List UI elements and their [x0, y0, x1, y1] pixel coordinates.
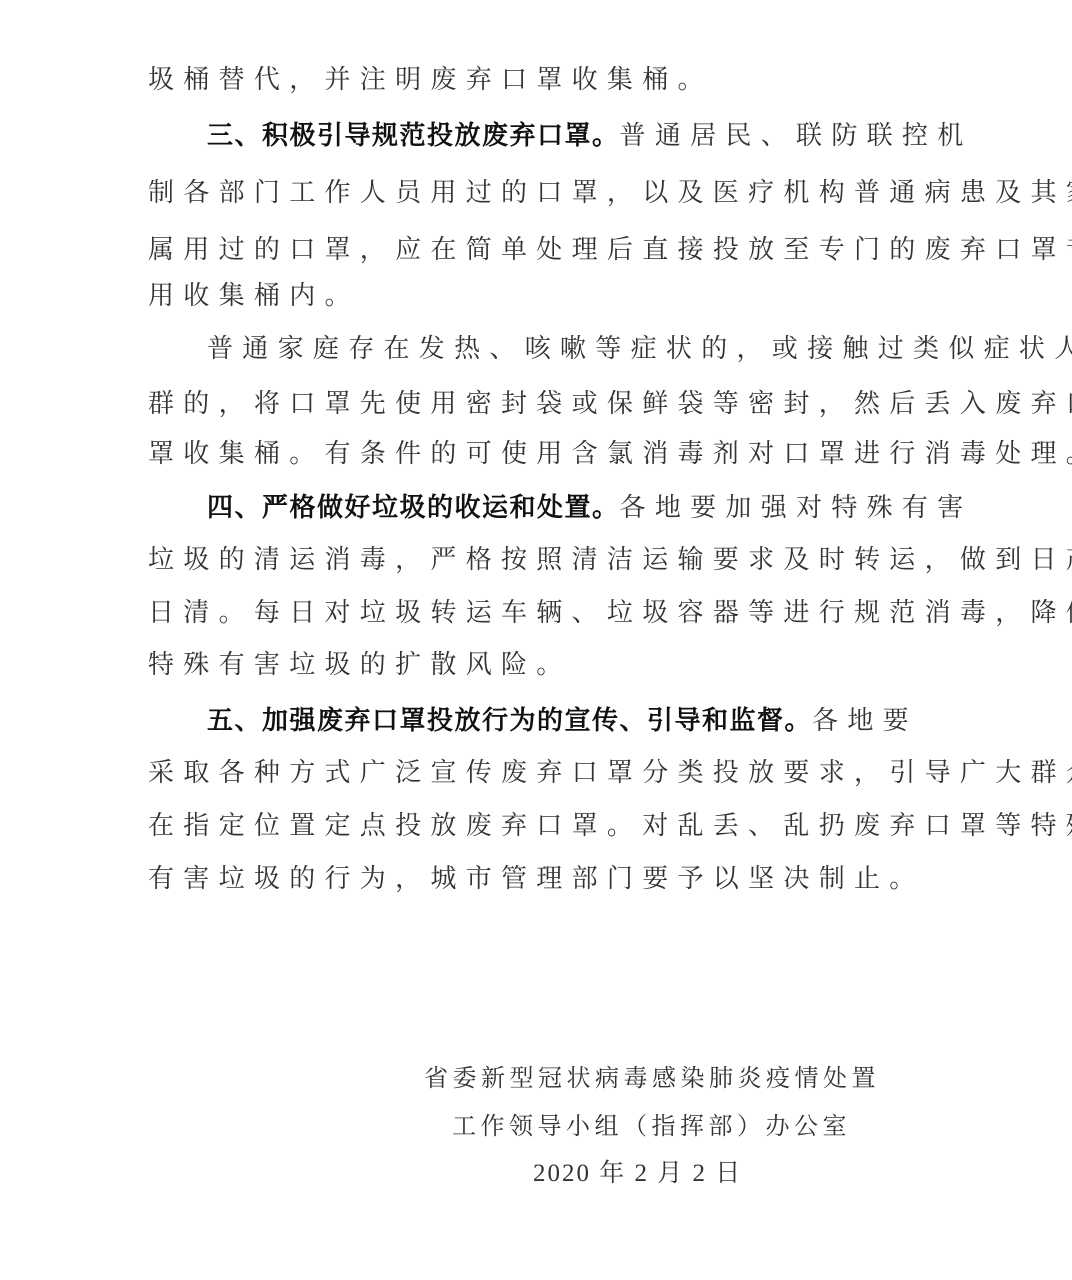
body-text: 普通家庭存在发热、咳嗽等症状的，或接触过类似症状人: [207, 334, 1072, 364]
section3-heading: 三、积极引导规范投放废弃口罩。: [207, 121, 620, 151]
section3-line: 制各部门工作人员用过的口罩，以及医疗机构普通病患及其家: [148, 173, 928, 213]
body-text: 圾桶替代，并注明废弃口罩收集桶。: [148, 65, 713, 95]
section3-first-line: 三、积极引导规范投放废弃口罩。普通居民、联防联控机: [207, 116, 987, 156]
section3-para2-first-line: 普通家庭存在发热、咳嗽等症状的，或接触过类似症状人: [207, 329, 987, 369]
paragraph-continuation-line: 圾桶替代，并注明废弃口罩收集桶。: [148, 60, 928, 100]
section5-heading: 五、加强废弃口罩投放行为的宣传、引导和监督。: [207, 706, 812, 736]
section5-line: 采取各种方式广泛宣传废弃口罩分类投放要求，引导广大群众: [148, 753, 928, 793]
section5-line: 在指定位置定点投放废弃口罩。对乱丢、乱扔废弃口罩等特殊: [148, 806, 928, 846]
section4-first-line: 四、严格做好垃圾的收运和处置。各地要加强对特殊有害: [207, 488, 987, 528]
signature-org-line2: 工作领导小组（指挥部）办公室: [452, 1108, 851, 1144]
body-text: 普通居民、联防联控机: [620, 121, 973, 151]
body-text: 制各部门工作人员用过的口罩，以及医疗机构普通病患及其家: [148, 178, 1072, 208]
body-text: 用收集桶内。: [148, 281, 360, 311]
signature-org-line1: 省委新型冠状病毒感染肺炎疫情处置: [424, 1060, 880, 1096]
body-text: 罩收集桶。有条件的可使用含氯消毒剂对口罩进行消毒处理。: [148, 439, 1072, 469]
section4-heading: 四、严格做好垃圾的收运和处置。: [207, 493, 620, 523]
body-text: 在指定位置定点投放废弃口罩。对乱丢、乱扔废弃口罩等特殊: [148, 811, 1072, 841]
body-text: 各地要: [812, 706, 918, 736]
document-page: 圾桶替代，并注明废弃口罩收集桶。 三、积极引导规范投放废弃口罩。普通居民、联防联…: [0, 0, 1072, 1280]
body-text: 特殊有害垃圾的扩散风险。: [148, 650, 572, 680]
body-text: 采取各种方式广泛宣传废弃口罩分类投放要求，引导广大群众: [148, 758, 1072, 788]
section3-line: 属用过的口罩，应在简单处理后直接投放至专门的废弃口罩专: [148, 230, 928, 270]
body-text: 垃圾的清运消毒，严格按照清洁运输要求及时转运，做到日产: [148, 545, 1072, 575]
section4-line: 垃圾的清运消毒，严格按照清洁运输要求及时转运，做到日产: [148, 540, 928, 580]
section4-line: 日清。每日对垃圾转运车辆、垃圾容器等进行规范消毒，降低: [148, 593, 928, 633]
body-text: 属用过的口罩，应在简单处理后直接投放至专门的废弃口罩专: [148, 235, 1072, 265]
body-text: 有害垃圾的行为，城市管理部门要予以坚决制止。: [148, 864, 925, 894]
signature-date: 2020 年 2 月 2 日: [533, 1156, 742, 1192]
section5-first-line: 五、加强废弃口罩投放行为的宣传、引导和监督。各地要: [207, 701, 987, 741]
section3-para2-line: 罩收集桶。有条件的可使用含氯消毒剂对口罩进行消毒处理。: [148, 434, 928, 474]
section5-line: 有害垃圾的行为，城市管理部门要予以坚决制止。: [148, 859, 928, 899]
section3-para2-line: 群的，将口罩先使用密封袋或保鲜袋等密封，然后丢入废弃口: [148, 384, 928, 424]
body-text: 日清。每日对垃圾转运车辆、垃圾容器等进行规范消毒，降低: [148, 598, 1072, 628]
body-text: 群的，将口罩先使用密封袋或保鲜袋等密封，然后丢入废弃口: [148, 389, 1072, 419]
body-text: 各地要加强对特殊有害: [620, 493, 973, 523]
section4-line: 特殊有害垃圾的扩散风险。: [148, 645, 928, 685]
section3-line: 用收集桶内。: [148, 276, 928, 316]
